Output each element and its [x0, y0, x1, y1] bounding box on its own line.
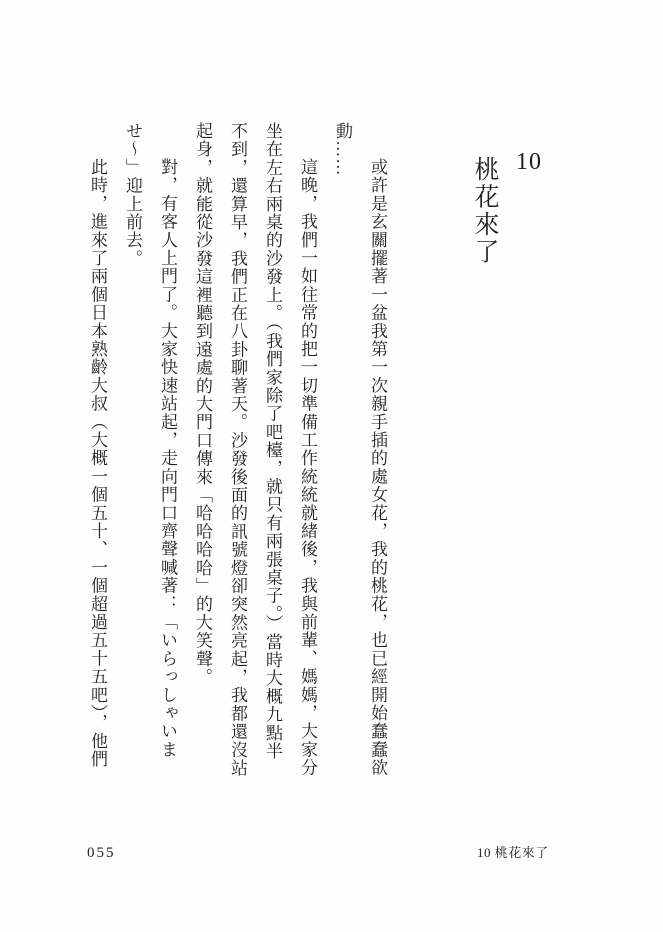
running-header: 10 桃花來了 [477, 846, 549, 860]
page-number: 055 [87, 845, 116, 861]
text-column: 或許是玄關擺著一盆我第一次親手插的處女花，我的桃花，也已經開始蠢蠢欲 [360, 122, 395, 778]
text-column: 起身，就能從沙發這裡聽到遠處的大門口傳來「哈哈哈哈」的大笑聲。 [185, 122, 220, 778]
text-column: せ～」迎上前去。 [115, 122, 150, 778]
text-column: 此時，進來了兩個日本熟齡大叔（大概一個五十、一個超過五十五吧），他們 [80, 122, 115, 778]
chapter-number: 10 [516, 150, 542, 174]
text-column: 動…… [325, 122, 360, 778]
body-text: 或許是玄關擺著一盆我第一次親手插的處女花，我的桃花，也已經開始蠢蠢欲動……這晚，… [80, 122, 395, 780]
text-column: 這晚，我們一如往常的把一切準備工作統統就緒後，我與前輩、媽媽，大家分 [290, 122, 325, 778]
book-page: 10 桃花來了 或許是玄關擺著一盆我第一次親手插的處女花，我的桃花，也已經開始蠢… [0, 0, 663, 932]
chapter-title: 桃花來了 [469, 156, 499, 296]
text-column: 不到，還算早，我們正在八卦聊著天。沙發後面的訊號燈卻突然亮起，我都還沒站 [220, 122, 255, 778]
text-column: 對，有客人上門了。大家快速站起，走向門口齊聲喊著：「いらっしゃいま [150, 122, 185, 778]
text-column: 坐在左右兩桌的沙發上。（我們家除了吧檯，就只有兩張桌子。）當時大概九點半 [255, 122, 290, 778]
